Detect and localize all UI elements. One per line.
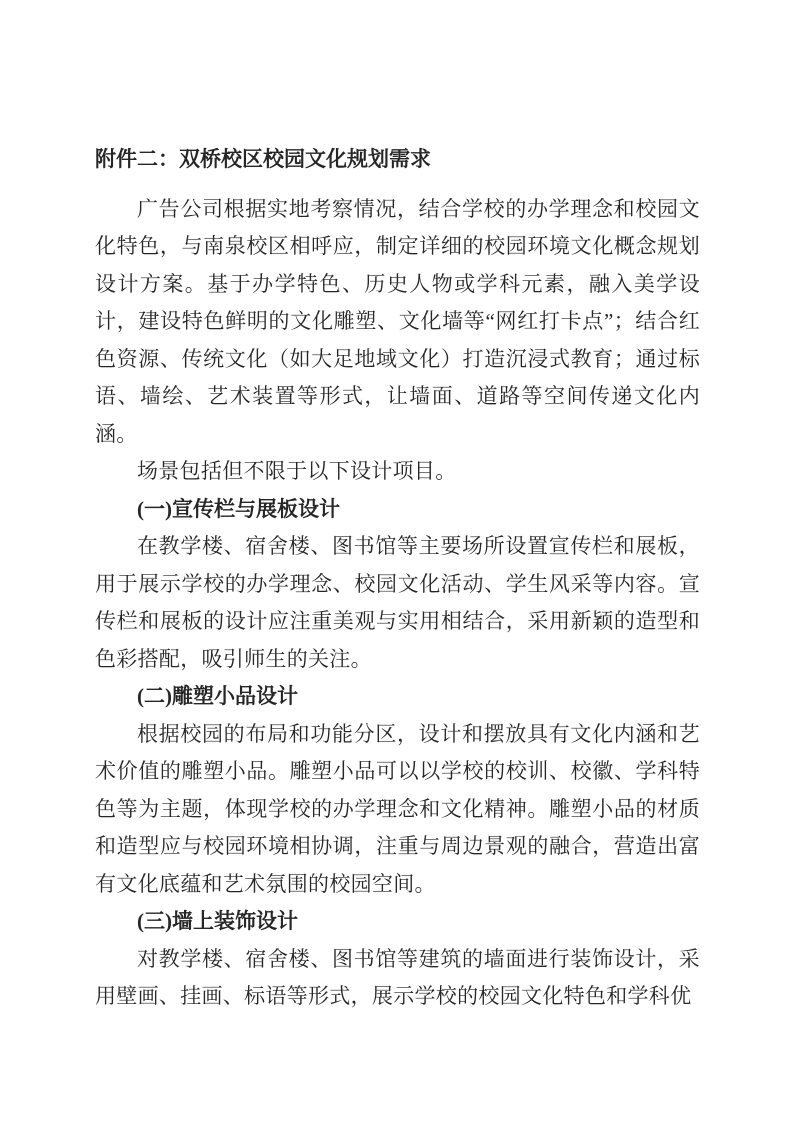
document-page: 附件二：双桥校区校园文化规划需求 广告公司根据实地考察情况，结合学校的办学理念和… — [0, 0, 794, 1122]
section-body-banner-design: 在教学楼、宿舍楼、图书馆等主要场所设置宣传栏和展板，用于展示学校的办学理念、校园… — [95, 528, 700, 678]
document-title: 附件二：双桥校区校园文化规划需求 — [95, 141, 700, 179]
paragraph-scene-intro: 场景包括但不限于以下设计项目。 — [95, 453, 700, 491]
section-body-sculpture-design: 根据校园的布局和功能分区，设计和摆放具有文化内涵和艺术价值的雕塑小品。雕塑小品可… — [95, 716, 700, 904]
section-heading-wall-decoration-design: (三)墙上装饰设计 — [95, 903, 700, 941]
paragraph-overview: 广告公司根据实地考察情况，结合学校的办学理念和校园文化特色，与南泉校区相呼应，制… — [95, 191, 700, 454]
section-heading-sculpture-design: (二)雕塑小品设计 — [95, 678, 700, 716]
section-heading-banner-design: (一)宣传栏与展板设计 — [95, 491, 700, 529]
section-body-wall-decoration-design: 对教学楼、宿舍楼、图书馆等建筑的墙面进行装饰设计，采用壁画、挂画、标语等形式，展… — [95, 941, 700, 1016]
